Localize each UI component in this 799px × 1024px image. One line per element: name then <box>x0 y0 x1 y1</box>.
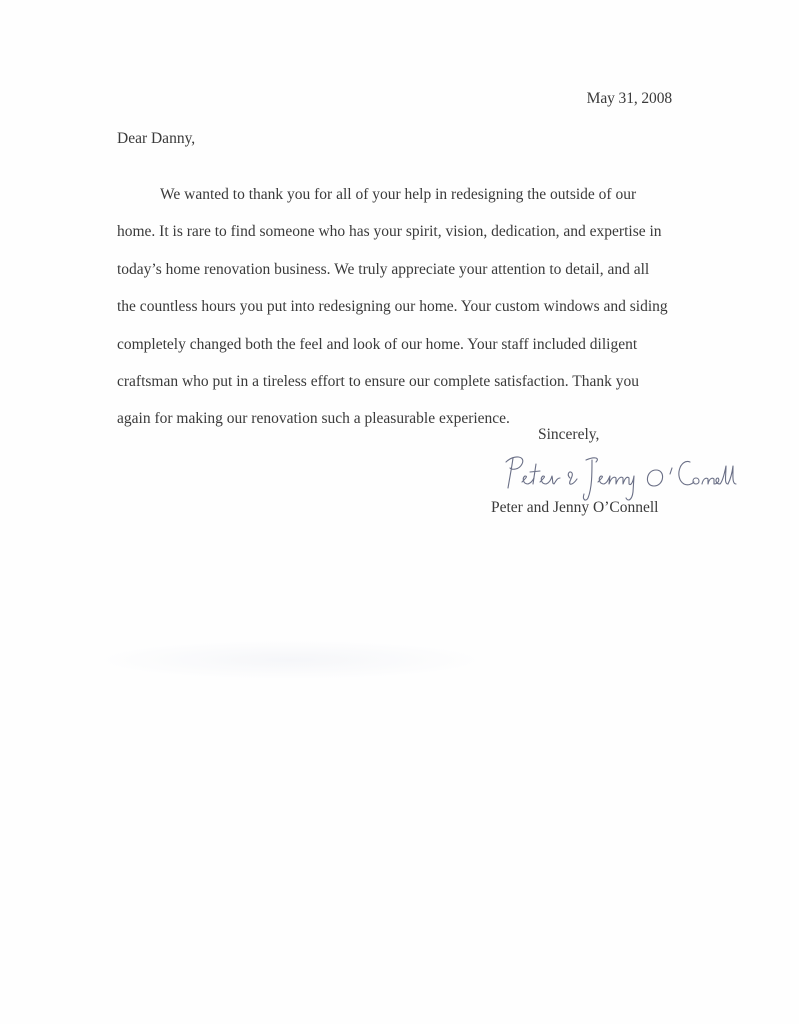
closing: Sincerely, <box>538 426 599 444</box>
body-line: We wanted to thank you for all of your h… <box>117 176 677 213</box>
body-line: the countless hours you put into redesig… <box>117 288 677 325</box>
printed-signature-name: Peter and Jenny O’Connell <box>491 499 658 517</box>
handwritten-signature <box>500 448 750 504</box>
body-line: home. It is rare to find someone who has… <box>117 213 677 250</box>
letter-page: May 31, 2008 Dear Danny, We wanted to th… <box>0 0 799 1024</box>
scan-artifact <box>90 640 490 680</box>
letter-body: We wanted to thank you for all of your h… <box>117 176 677 438</box>
body-line: craftsman who put in a tireless effort t… <box>117 363 677 400</box>
body-line: today’s home renovation business. We tru… <box>117 251 677 288</box>
body-line: completely changed both the feel and loo… <box>117 326 677 363</box>
salutation: Dear Danny, <box>117 130 195 148</box>
letter-date: May 31, 2008 <box>587 90 672 108</box>
